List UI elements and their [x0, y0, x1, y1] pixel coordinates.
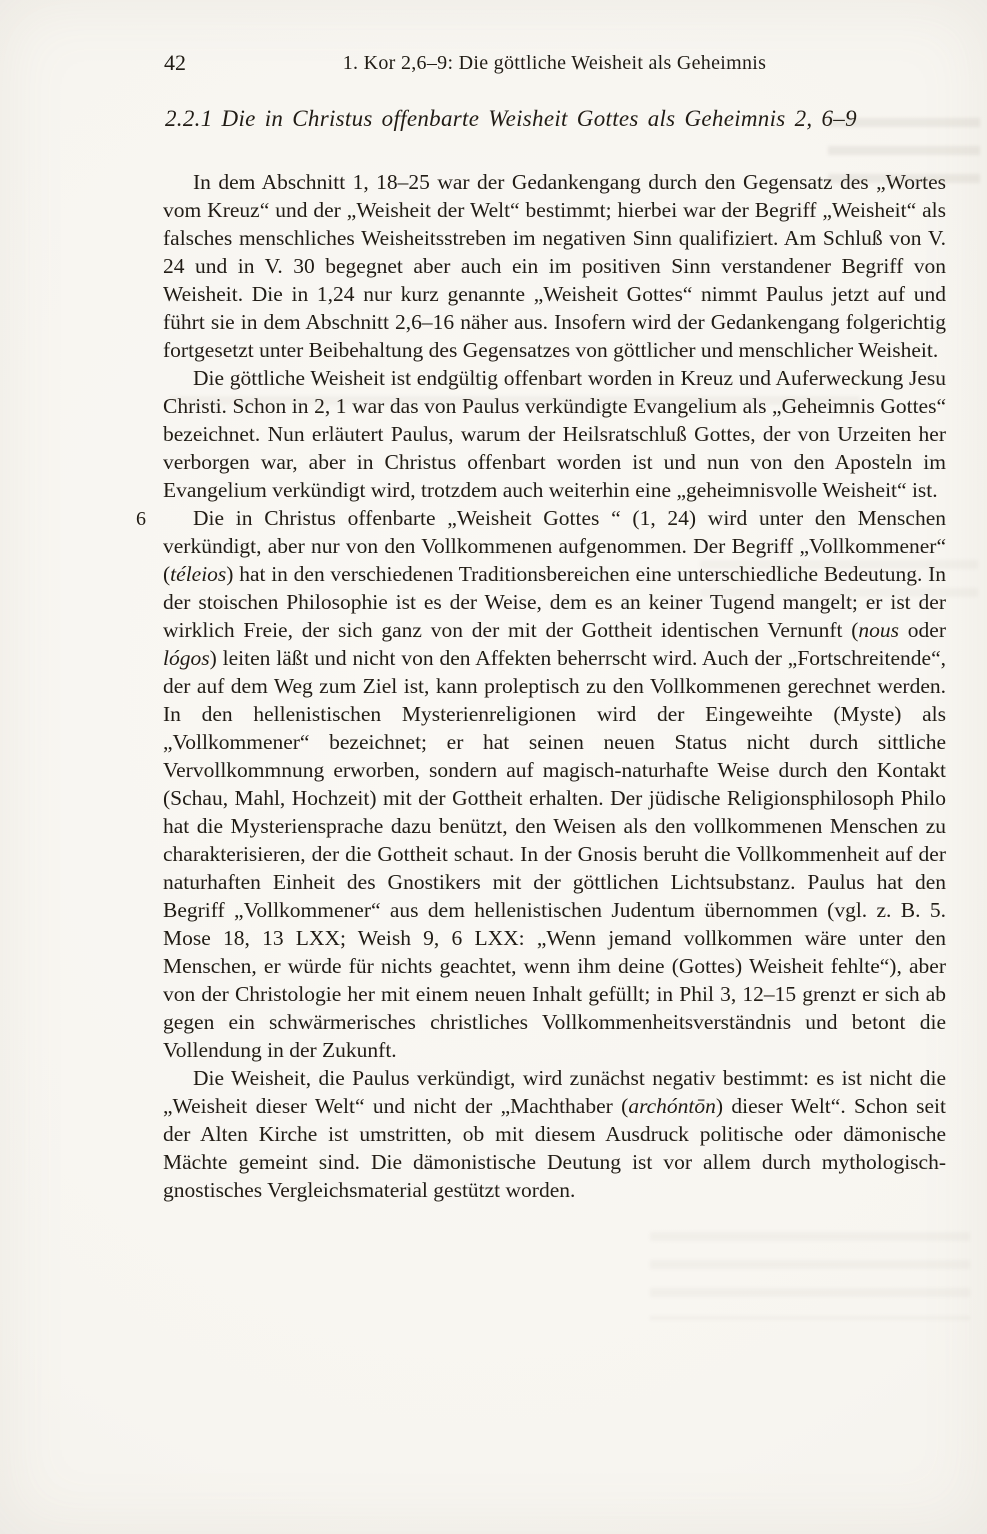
- book-page-scan: 42 1. Kor 2,6–9: Die göttliche Weisheit …: [0, 0, 987, 1534]
- text-segment: In dem Abschnitt 1, 18–25 war der Gedank…: [163, 170, 946, 362]
- text-segment: Die göttliche Weisheit ist endgültig off…: [163, 366, 946, 502]
- running-header: 1. Kor 2,6–9: Die göttliche Weisheit als…: [163, 52, 946, 75]
- text-segment: oder: [899, 618, 946, 642]
- italic-term: téleios: [170, 562, 226, 586]
- verse-margin-number: 6: [136, 505, 146, 533]
- italic-term: nous: [858, 618, 899, 642]
- paragraph: 6Die in Christus offenbarte „Weisheit Go…: [163, 504, 946, 1064]
- text-segment: ) leiten läßt und nicht von den Affekten…: [163, 646, 946, 1062]
- italic-term: archóntōn: [628, 1094, 716, 1118]
- section-heading: 2.2.1 Die in Christus offenbarte Weishei…: [165, 106, 975, 132]
- paragraph: In dem Abschnitt 1, 18–25 war der Gedank…: [163, 168, 946, 364]
- text-segment: ) hat in den verschiedenen Traditionsber…: [163, 562, 946, 642]
- body-text: In dem Abschnitt 1, 18–25 war der Gedank…: [163, 168, 946, 1204]
- bleed-through-artifact: [650, 1232, 970, 1320]
- italic-term: lógos: [163, 646, 210, 670]
- paragraph: Die göttliche Weisheit ist endgültig off…: [163, 364, 946, 504]
- paragraph: Die Weisheit, die Paulus verkündigt, wir…: [163, 1064, 946, 1204]
